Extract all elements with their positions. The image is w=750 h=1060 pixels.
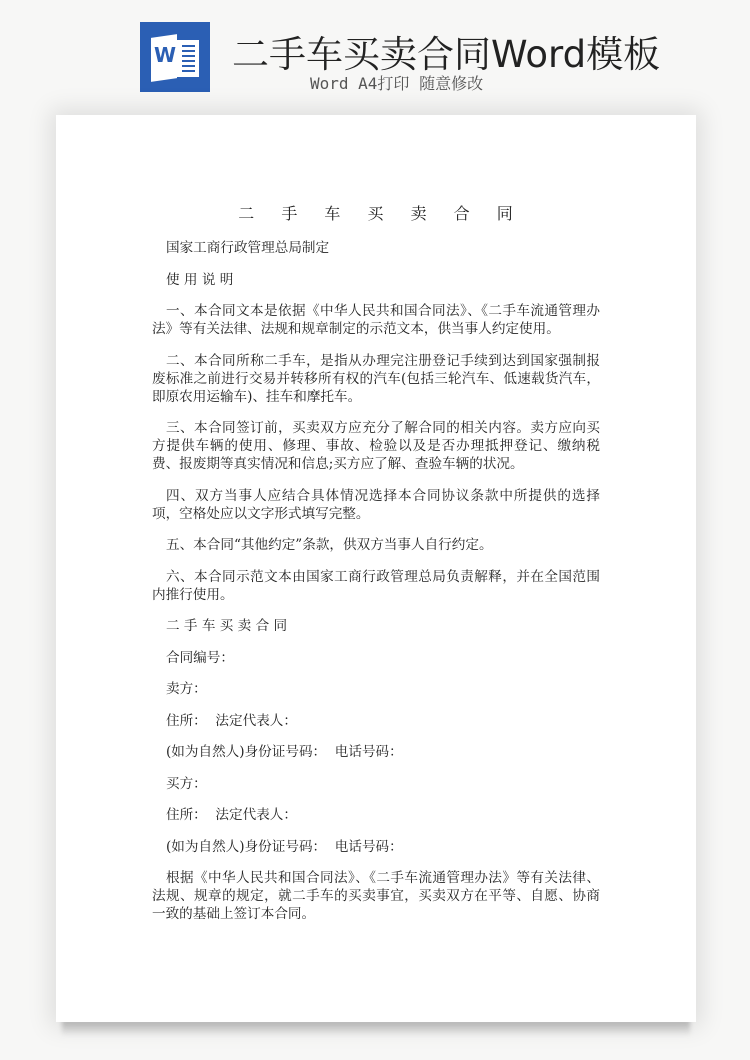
seller-address-field: 住所： 法定代表人： [152,712,600,730]
template-subtitle: Word A4打印 随意修改 [310,71,483,94]
instruction-paragraph: 五、本合同“其他约定”条款，供双方当事人自行约定。 [152,536,600,554]
template-title: 二手车买卖合同Word模板 [232,24,660,78]
document-title: 二 手 车 买 卖 合 同 [56,201,696,224]
contract-number-field: 合同编号： [152,649,600,667]
seller-id-field: (如为自然人)身份证号码： 电话号码： [152,743,600,761]
contract-heading: 二 手 车 买 卖 合 同 [152,617,600,635]
instruction-paragraph: 三、本合同签订前，买卖双方应充分了解合同的相关内容。卖方应向买方提供车辆的使用、… [152,419,600,473]
buyer-field: 买方： [152,775,600,793]
instruction-paragraph: 四、双方当事人应结合具体情况选择本合同协议条款中所提供的选择项，空格处应以文字形… [152,487,600,523]
word-logo-icon: W [140,22,210,92]
page-shadow [62,1020,690,1036]
buyer-id-field: (如为自然人)身份证号码： 电话号码： [152,838,600,856]
instruction-paragraph: 六、本合同示范文本由国家工商行政管理总局负责解释，并在全国范围内推行使用。 [152,568,600,604]
issuer-line: 国家工商行政管理总局制定 [152,239,600,257]
seller-field: 卖方： [152,680,600,698]
instruction-paragraph: 二、本合同所称二手车，是指从办理完注册登记手续到达到国家强制报废标准之前进行交易… [152,352,600,406]
contract-preamble: 根据《中华人民共和国合同法》、《二手车流通管理办法》等有关法律、法规、规章的规定… [152,869,600,923]
document-page: 二 手 车 买 卖 合 同 国家工商行政管理总局制定 使 用 说 明 一、本合同… [56,115,696,1022]
template-header: W 二手车买卖合同Word模板 Word A4打印 随意修改 [0,0,750,110]
document-lines-icon [177,40,199,77]
buyer-address-field: 住所： 法定代表人： [152,806,600,824]
instructions-heading: 使 用 说 明 [152,271,600,289]
word-letter: W [150,43,180,67]
instruction-paragraph: 一、本合同文本是依据《中华人民共和国合同法》、《二手车流通管理办法》等有关法律、… [152,302,600,338]
document-body: 国家工商行政管理总局制定 使 用 说 明 一、本合同文本是依据《中华人民共和国合… [152,239,600,937]
